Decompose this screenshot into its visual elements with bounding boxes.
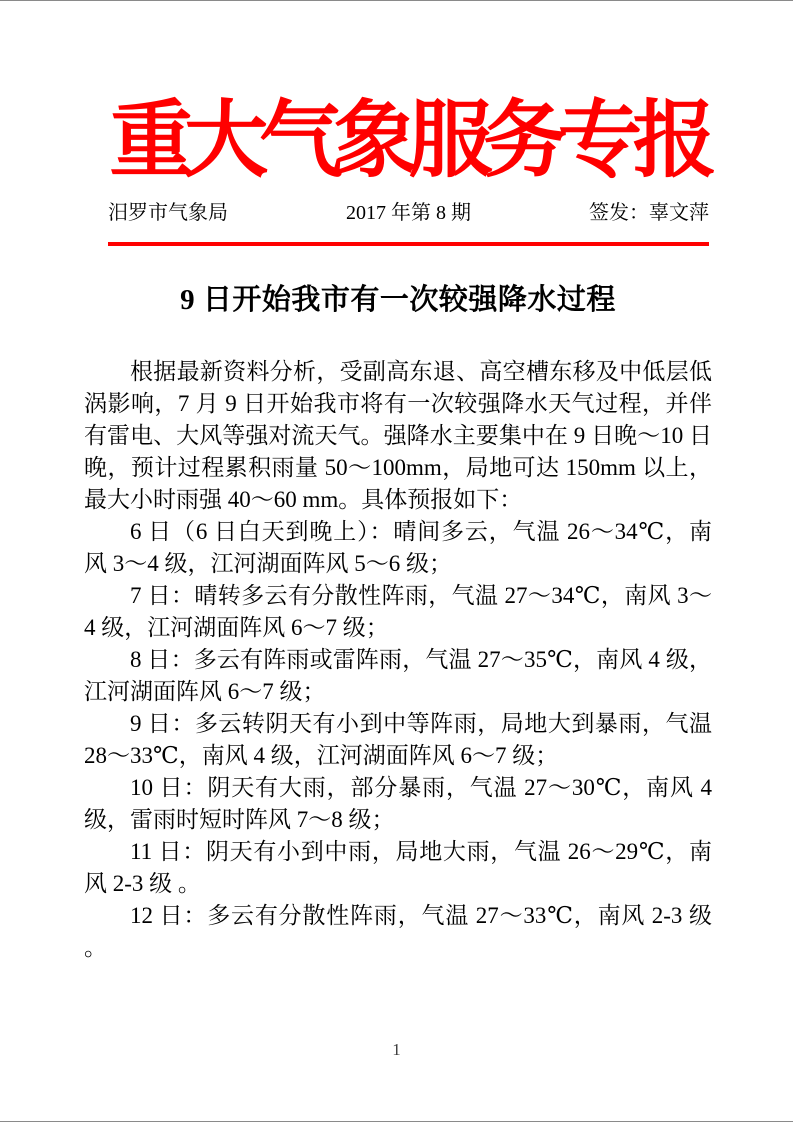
page-footer: 1 <box>0 1041 793 1060</box>
paragraph: 10 日：阴天有大雨，部分暴雨，气温 27～30℃，南风 4 级，雷雨时短时阵风… <box>84 772 712 836</box>
document-body: 9 日开始我市有一次较强降水过程 根据最新资料分析，受副高东退、高空槽东移及中低… <box>84 280 712 964</box>
paragraph: 9 日：多云转阴天有小到中等阵雨，局地大到暴雨，气温 28～33℃，南风 4 级… <box>84 708 712 772</box>
paragraph: 8 日：多云有阵雨或雷阵雨，气温 27～35℃，南风 4 级，江河湖面阵风 6～… <box>84 644 712 708</box>
body-paragraphs: 根据最新资料分析，受副高东退、高空槽东移及中低层低涡影响，7 月 9 日开始我市… <box>84 356 712 964</box>
paragraph: 12 日：多云有分散性阵雨，气温 27～33℃，南风 2-3 级 。 <box>84 900 712 964</box>
issuing-agency: 汨罗市气象局 <box>108 200 228 226</box>
signer-label: 签发：辜文萍 <box>589 200 709 226</box>
page-top-edge <box>0 0 793 1</box>
paragraph: 11 日：阴天有小到中雨，局地大雨，气温 26～29℃，南风 2-3 级 。 <box>84 836 712 900</box>
document-title: 9 日开始我市有一次较强降水过程 <box>84 280 712 320</box>
paragraph: 根据最新资料分析，受副高东退、高空槽东移及中低层低涡影响，7 月 9 日开始我市… <box>84 356 712 516</box>
header-divider-rule <box>108 242 709 246</box>
issue-number: 2017 年第 8 期 <box>346 200 471 226</box>
masthead-header: 重大气象服务专报 汨罗市气象局 2017 年第 8 期 签发：辜文萍 <box>108 0 709 246</box>
paragraph: 6 日（6 日白天到晚上）：晴间多云，气温 26～34℃，南风 3～4 级，江河… <box>84 516 712 580</box>
masthead-title: 重大气象服务专报 <box>108 0 709 182</box>
page-number: 1 <box>392 1040 401 1059</box>
paragraph: 7 日：晴转多云有分散性阵雨，气温 27～34℃，南风 3～4 级，江河湖面阵风… <box>84 580 712 644</box>
issue-info-row: 汨罗市气象局 2017 年第 8 期 签发：辜文萍 <box>108 200 709 226</box>
